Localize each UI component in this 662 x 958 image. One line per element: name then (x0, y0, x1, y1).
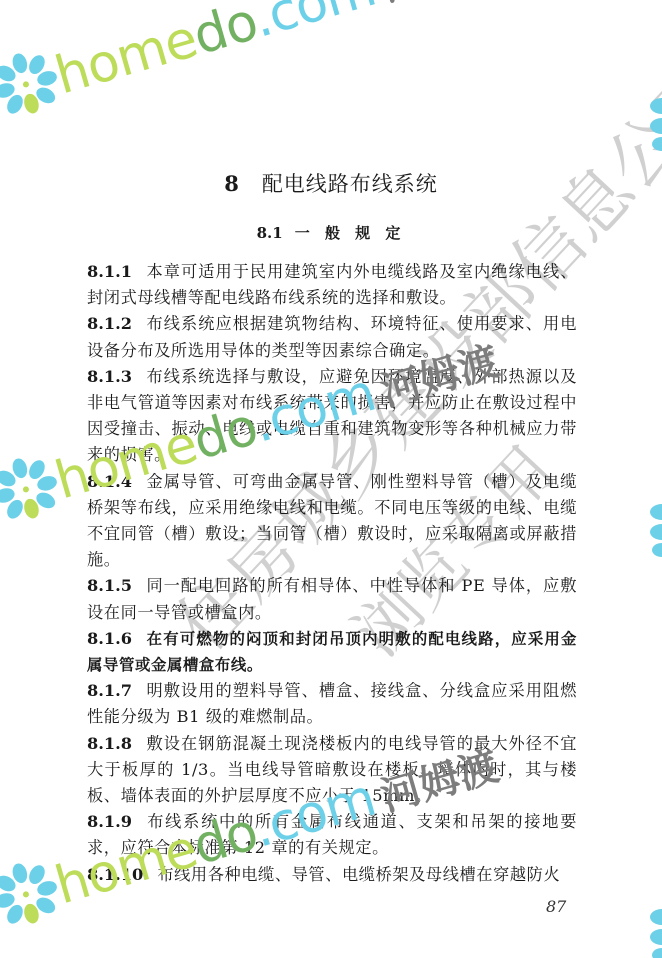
clause-number: 8.1.5 (87, 576, 132, 595)
clause-number: 8.1.7 (87, 681, 132, 700)
clause-8-1-4: 8.1.4金属导管、可弯曲金属导管、刚性塑料导管（槽）及电缆桥架等布线，应采用绝… (87, 469, 577, 574)
clause-number: 8.1.8 (87, 734, 132, 753)
clause-8-1-5: 8.1.5同一配电回路的所有相导体、中性导体和 PE 导体，应敷设在同一导管或槽… (87, 573, 577, 625)
clause-text: 明敷设用的塑料导管、槽盒、接线盒、分线盒应采用阻燃性能分级为 B1 级的难燃制品… (87, 681, 577, 726)
watermark-home: home (49, 9, 203, 106)
flower-edge-icon (640, 903, 662, 958)
document-page: 住房城乡建设部信息公开 浏览专用 8配电线路布线系统 8.1一 般 规 定 8.… (0, 0, 662, 958)
watermark-com: .com (246, 0, 381, 50)
clause-number: 8.1.3 (87, 367, 132, 386)
section-number: 8.1 (257, 224, 283, 242)
flower-edge-icon (640, 498, 662, 558)
section-title-text: 一 般 规 定 (295, 224, 406, 242)
clause-number: 8.1.9 (87, 812, 132, 831)
clause-text: 同一配电回路的所有相导体、中性导体和 PE 导体，应敷设在同一导管或槽盒内。 (87, 576, 577, 621)
chapter-title-text: 配电线路布线系统 (262, 172, 438, 196)
clause-number: 8.1.1 (87, 262, 132, 281)
clause-8-1-2: 8.1.2布线系统应根据建筑物结构、环境特征、使用要求、用电设备分布及所选用导体… (87, 311, 577, 363)
watermark-logo-top: homedo.com河姆渡 (0, 0, 505, 124)
flower-edge-icon (640, 92, 662, 152)
chapter-title: 8配电线路布线系统 (0, 168, 662, 198)
watermark-cn: 河姆渡 (376, 0, 504, 11)
clause-text: 布线系统应根据建筑物结构、环境特征、使用要求、用电设备分布及所选用导体的类型等因… (87, 314, 577, 359)
clause-number: 8.1.2 (87, 314, 132, 333)
page-number: 87 (546, 897, 566, 916)
section-title: 8.1一 般 规 定 (0, 222, 662, 243)
clause-number: 8.1.6 (87, 629, 132, 648)
watermark-home: home (49, 819, 203, 916)
clause-8-1-7: 8.1.7明敷设用的塑料导管、槽盒、接线盒、分线盒应采用阻燃性能分级为 B1 级… (87, 678, 577, 730)
clause-8-1-1: 8.1.1本章可适用于民用建筑室内外电缆线路及室内绝缘电线、封闭式母线槽等配电线… (87, 259, 577, 311)
chapter-number: 8 (224, 171, 240, 196)
clause-8-1-6-mandatory: 8.1.6在有可燃物的闷顶和封闭吊顶内明敷的配电线路，应采用金属导管或金属槽盒布… (87, 626, 577, 678)
clause-text: 本章可适用于民用建筑室内外电缆线路及室内绝缘电线、封闭式母线槽等配电线路布线系统… (87, 262, 577, 307)
clause-text: 金属导管、可弯曲金属导管、刚性塑料导管（槽）及电缆桥架等布线，应采用绝缘电线和电… (87, 472, 577, 570)
clause-text: 在有可燃物的闷顶和封闭吊顶内明敷的配电线路，应采用金属导管或金属槽盒布线。 (87, 630, 577, 674)
